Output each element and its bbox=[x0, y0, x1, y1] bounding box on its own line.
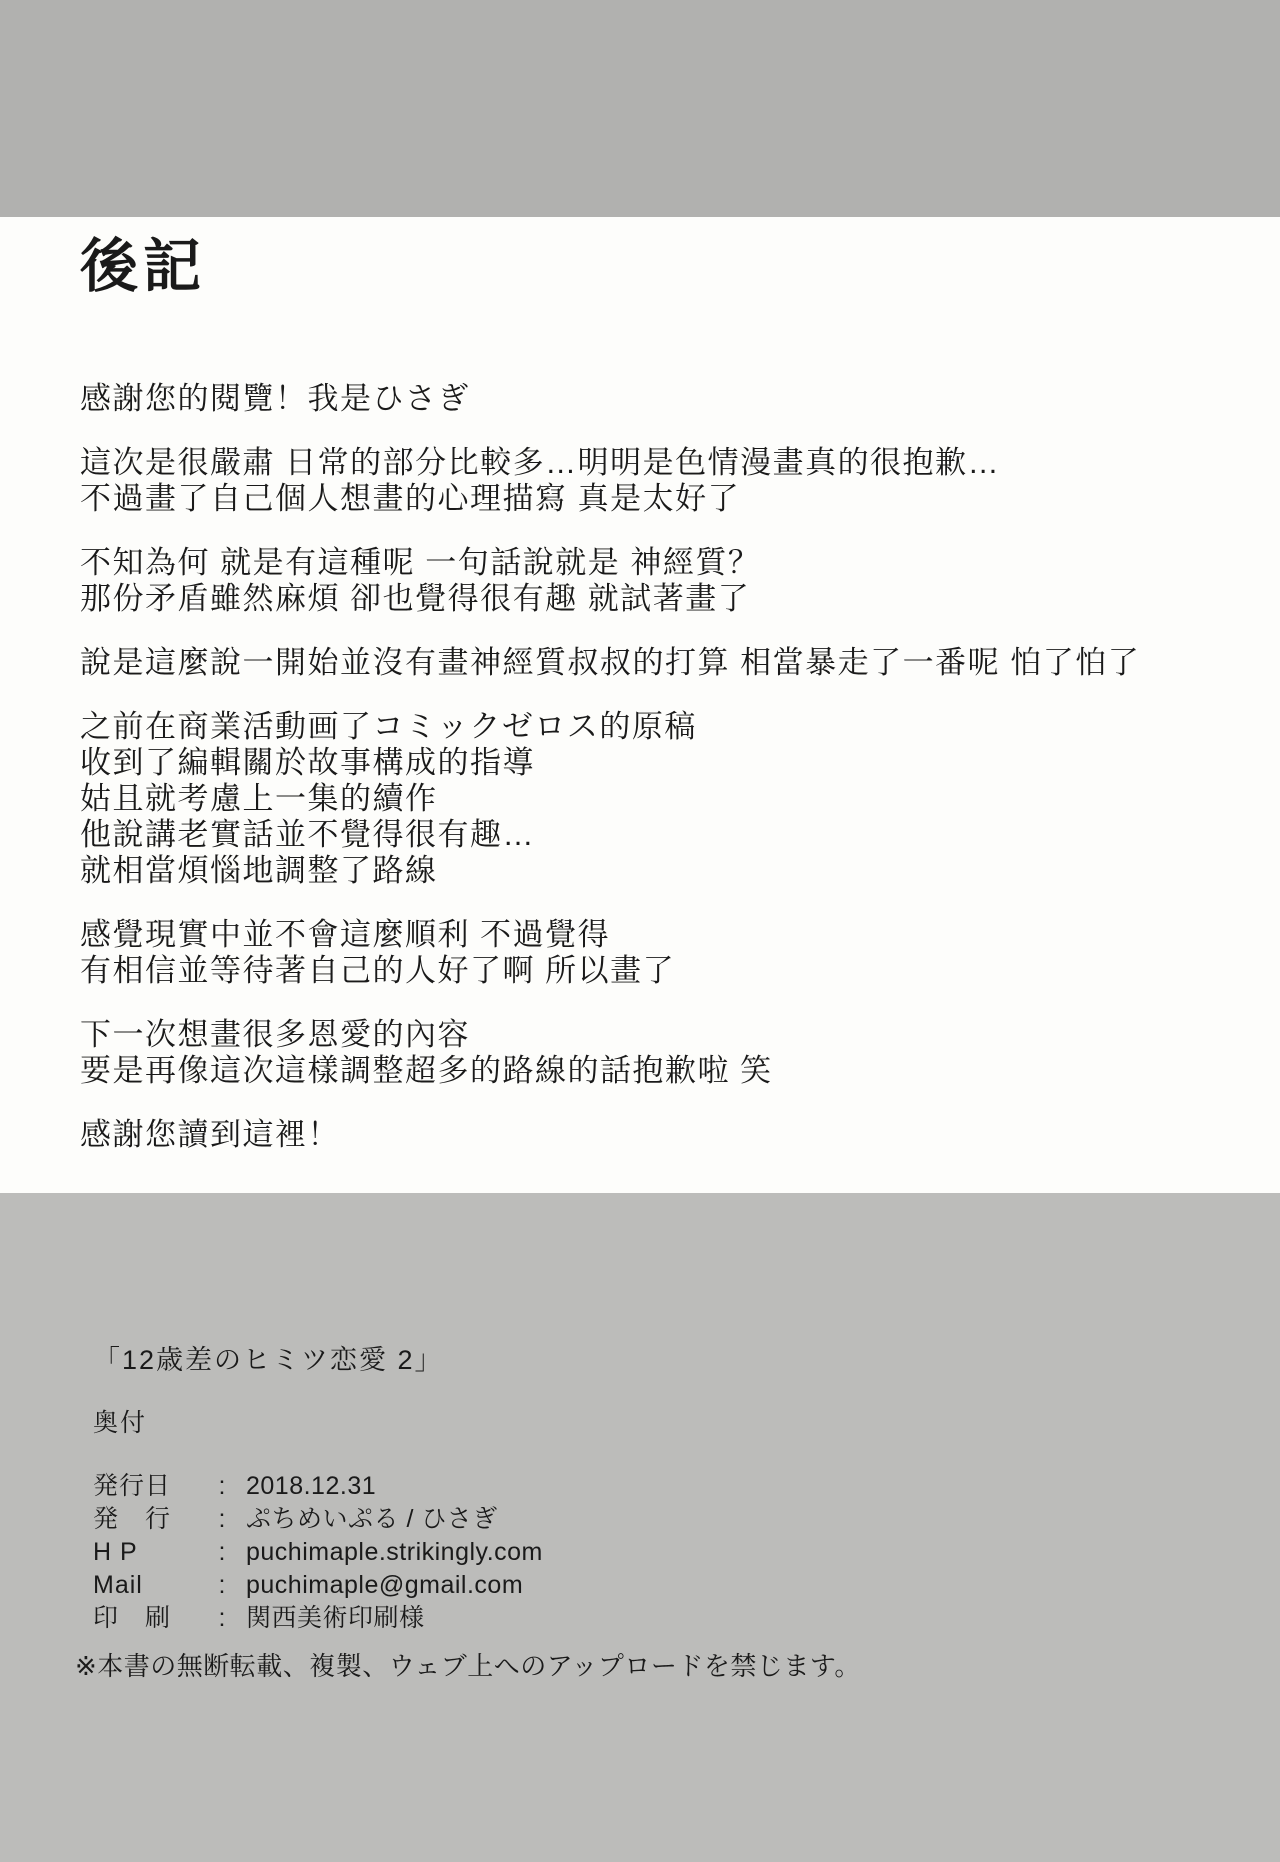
afterword-paragraph-nexttime: 下一次想畫很多恩愛的內容 要是再像這次這樣調整超多的路線的話抱歉啦 笑 bbox=[80, 1017, 1225, 1089]
book-title: 「12歳差のヒミツ恋愛 2」 bbox=[93, 1193, 1240, 1377]
afterword-line: 說是這麼說一開始並沒有畫神經質叔叔的打算 相當暴走了一番呢 怕了怕了 bbox=[80, 645, 1225, 681]
colophon-colon: : bbox=[198, 1503, 246, 1536]
colophon-section: 「12歳差のヒミツ恋愛 2」 奥付 発行日 : 2018.12.31 発 行 :… bbox=[0, 1193, 1280, 1862]
colophon-value: ぷちめいぷる / ひさぎ bbox=[246, 1503, 1240, 1536]
colophon-label: 発行日 bbox=[93, 1470, 198, 1503]
colophon-colon: : bbox=[198, 1470, 246, 1503]
colophon-colon: : bbox=[198, 1602, 246, 1635]
colophon-colon: : bbox=[198, 1569, 246, 1602]
colophon-table: 発行日 : 2018.12.31 発 行 : ぷちめいぷる / ひさぎ H P … bbox=[93, 1470, 1240, 1635]
copyright-disclaimer: ※本書の無断転載、複製、ウェブ上へのアップロードを禁じます。 bbox=[75, 1649, 1240, 1683]
scan-top-margin bbox=[0, 0, 1280, 217]
afterword-paragraph-runaway: 說是這麼說一開始並沒有畫神經質叔叔的打算 相當暴走了一番呢 怕了怕了 bbox=[80, 645, 1225, 681]
colophon-label: H P bbox=[93, 1536, 198, 1569]
afterword-paragraph-reality: 感覺現實中並不會這麼順利 不過覺得 有相信並等待著自己的人好了啊 所以畫了 bbox=[80, 917, 1225, 989]
afterword-line: 那份矛盾雖然麻煩 卻也覺得很有趣 就試著畫了 bbox=[80, 581, 1225, 617]
colophon-label: 発 行 bbox=[93, 1503, 198, 1536]
afterword-line: 不知為何 就是有這種呢 一句話說就是 神經質？ bbox=[80, 545, 1225, 581]
colophon-row-mail: Mail : puchimaple@gmail.com bbox=[93, 1569, 1240, 1602]
colophon-heading: 奥付 bbox=[93, 1407, 1240, 1440]
afterword-title: 後記 bbox=[80, 237, 1225, 297]
colophon-value: puchimaple.strikingly.com bbox=[246, 1536, 1240, 1569]
colophon-row-publisher: 発 行 : ぷちめいぷる / ひさぎ bbox=[93, 1503, 1240, 1536]
afterword-line: 感謝您的閱覽！我是ひさぎ bbox=[80, 381, 1225, 417]
afterword-line: 就相當煩惱地調整了路線 bbox=[80, 853, 1225, 889]
afterword-line: 感覺現實中並不會這麼順利 不過覺得 bbox=[80, 917, 1225, 953]
colophon-row-homepage: H P : puchimaple.strikingly.com bbox=[93, 1536, 1240, 1569]
afterword-paragraph-greeting: 感謝您的閱覽！我是ひさぎ bbox=[80, 381, 1225, 417]
afterword-line: 他說講老實話並不覺得很有趣… bbox=[80, 817, 1225, 853]
colophon-value: 関西美術印刷様 bbox=[246, 1602, 1240, 1635]
colophon-colon: : bbox=[198, 1536, 246, 1569]
afterword-line: 這次是很嚴肅 日常的部分比較多…明明是色情漫畫真的很抱歉… bbox=[80, 445, 1225, 481]
afterword-paragraph-serious: 這次是很嚴肅 日常的部分比較多…明明是色情漫畫真的很抱歉… 不過畫了自己個人想畫… bbox=[80, 445, 1225, 517]
afterword-page: 後記 感謝您的閱覽！我是ひさぎ 這次是很嚴肅 日常的部分比較多…明明是色情漫畫真… bbox=[0, 217, 1280, 1193]
colophon-value: puchimaple@gmail.com bbox=[246, 1569, 1240, 1602]
afterword-line: 不過畫了自己個人想畫的心理描寫 真是太好了 bbox=[80, 481, 1225, 517]
afterword-line: 收到了編輯關於故事構成的指導 bbox=[80, 745, 1225, 781]
afterword-paragraph-thanks: 感謝您讀到這裡！ bbox=[80, 1117, 1225, 1153]
afterword-paragraph-nervous: 不知為何 就是有這種呢 一句話說就是 神經質？ 那份矛盾雖然麻煩 卻也覺得很有趣… bbox=[80, 545, 1225, 617]
afterword-line: 有相信並等待著自己的人好了啊 所以畫了 bbox=[80, 953, 1225, 989]
afterword-line: 姑且就考慮上一集的續作 bbox=[80, 781, 1225, 817]
colophon-label: 印 刷 bbox=[93, 1602, 198, 1635]
afterword-line: 感謝您讀到這裡！ bbox=[80, 1117, 1225, 1153]
afterword-line: 之前在商業活動画了コミックゼロス的原稿 bbox=[80, 709, 1225, 745]
colophon-row-publish-date: 発行日 : 2018.12.31 bbox=[93, 1470, 1240, 1503]
afterword-line: 要是再像這次這樣調整超多的路線的話抱歉啦 笑 bbox=[80, 1053, 1225, 1089]
afterword-paragraph-editor: 之前在商業活動画了コミックゼロス的原稿 收到了編輯關於故事構成的指導 姑且就考慮… bbox=[80, 709, 1225, 889]
afterword-line: 下一次想畫很多恩愛的內容 bbox=[80, 1017, 1225, 1053]
colophon-row-printer: 印 刷 : 関西美術印刷様 bbox=[93, 1602, 1240, 1635]
colophon-value: 2018.12.31 bbox=[246, 1470, 1240, 1503]
colophon-label: Mail bbox=[93, 1569, 198, 1602]
